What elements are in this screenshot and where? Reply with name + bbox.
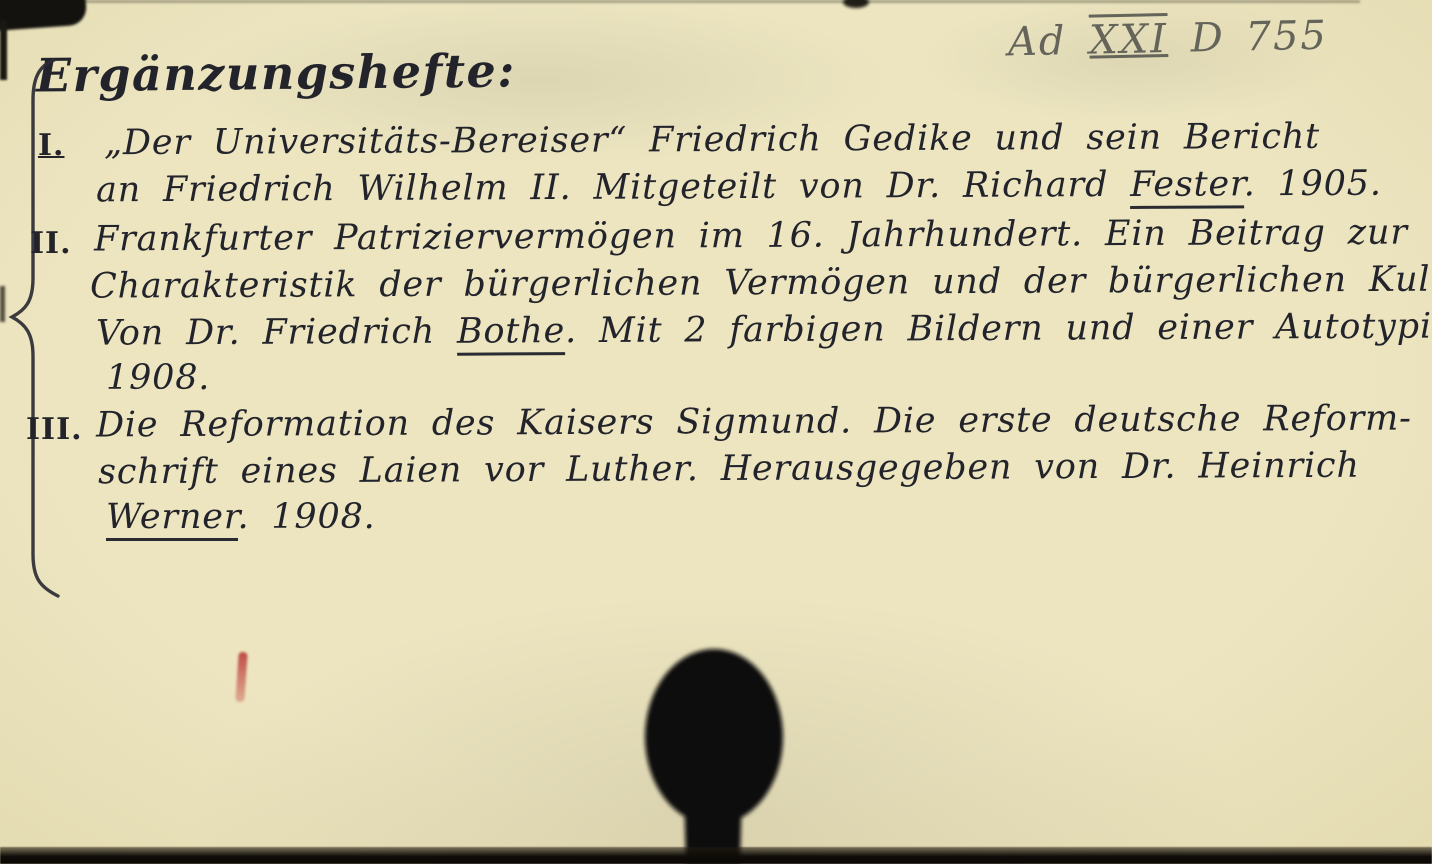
item-numeral: III. [26,412,83,447]
text-segment: „Der Universitäts-Bereiser“ Friedrich Ge… [104,117,1320,163]
call-number-roman: XXI [1087,16,1171,64]
scan-corner-top-left [0,0,87,31]
text-segment: schrift eines Laien vor Luther. Herausge… [98,446,1360,493]
text-segment-underlined: Werner [106,497,238,541]
text-segment: an Friedrich Wilhelm II. Mitgeteilt von … [96,165,1130,210]
text-segment: 1908. [106,358,210,398]
item-text-line: Von Dr. Friedrich Bothe. Mit 2 farbigen … [96,306,1432,353]
item-text-line: Frankfurter Patriziervermögen im 16. Jah… [94,213,1408,260]
call-number: Ad XXI D 755 [1008,13,1329,66]
text-segment: Frankfurter Patriziervermögen im 16. Jah… [94,213,1408,260]
scan-edge-left-notch [0,286,5,322]
text-segment-underlined: Bothe [457,311,565,356]
call-number-prefix: Ad [1008,18,1067,65]
item-text-line: Werner. 1908. [106,497,376,537]
item-text-line: „Der Universitäts-Bereiser“ Friedrich Ge… [104,117,1320,163]
item-text-line: Charakteristik der bürgerlichen Vermögen… [90,259,1432,306]
text-segment-underlined: Fester [1130,164,1244,209]
item-numeral: II. [30,226,72,261]
text-segment: . 1905. [1244,164,1382,205]
card-heading: Ergänzungshefte: [36,43,516,102]
red-ink-stain [235,652,247,703]
text-segment: Charakteristik der bürgerlichen Vermögen… [90,259,1432,306]
scan-blemish-top [843,0,869,8]
scan-edge-top [60,0,1360,3]
item-numeral: I. [38,128,64,163]
text-segment: . Mit 2 farbigen Bildern und einer Autot… [565,306,1432,351]
text-segment: . 1908. [238,497,376,537]
call-number-letter: D [1190,15,1225,62]
catalog-card-scan: Ad XXI D 755 Ergänzungshefte: I. „Der Un… [0,0,1432,864]
item-text-line: 1908. [106,358,210,398]
call-number-value: 755 [1245,13,1328,61]
text-segment: Von Dr. Friedrich [96,312,457,354]
item-text-line: schrift eines Laien vor Luther. Herausge… [98,446,1360,493]
item-text-line: an Friedrich Wilhelm II. Mitgeteilt von … [96,164,1382,211]
scan-edge-bottom [0,847,1432,864]
item-text-line: Die Reformation des Kaisers Sigmund. Die… [96,399,1412,446]
text-segment: Die Reformation des Kaisers Sigmund. Die… [96,399,1412,446]
